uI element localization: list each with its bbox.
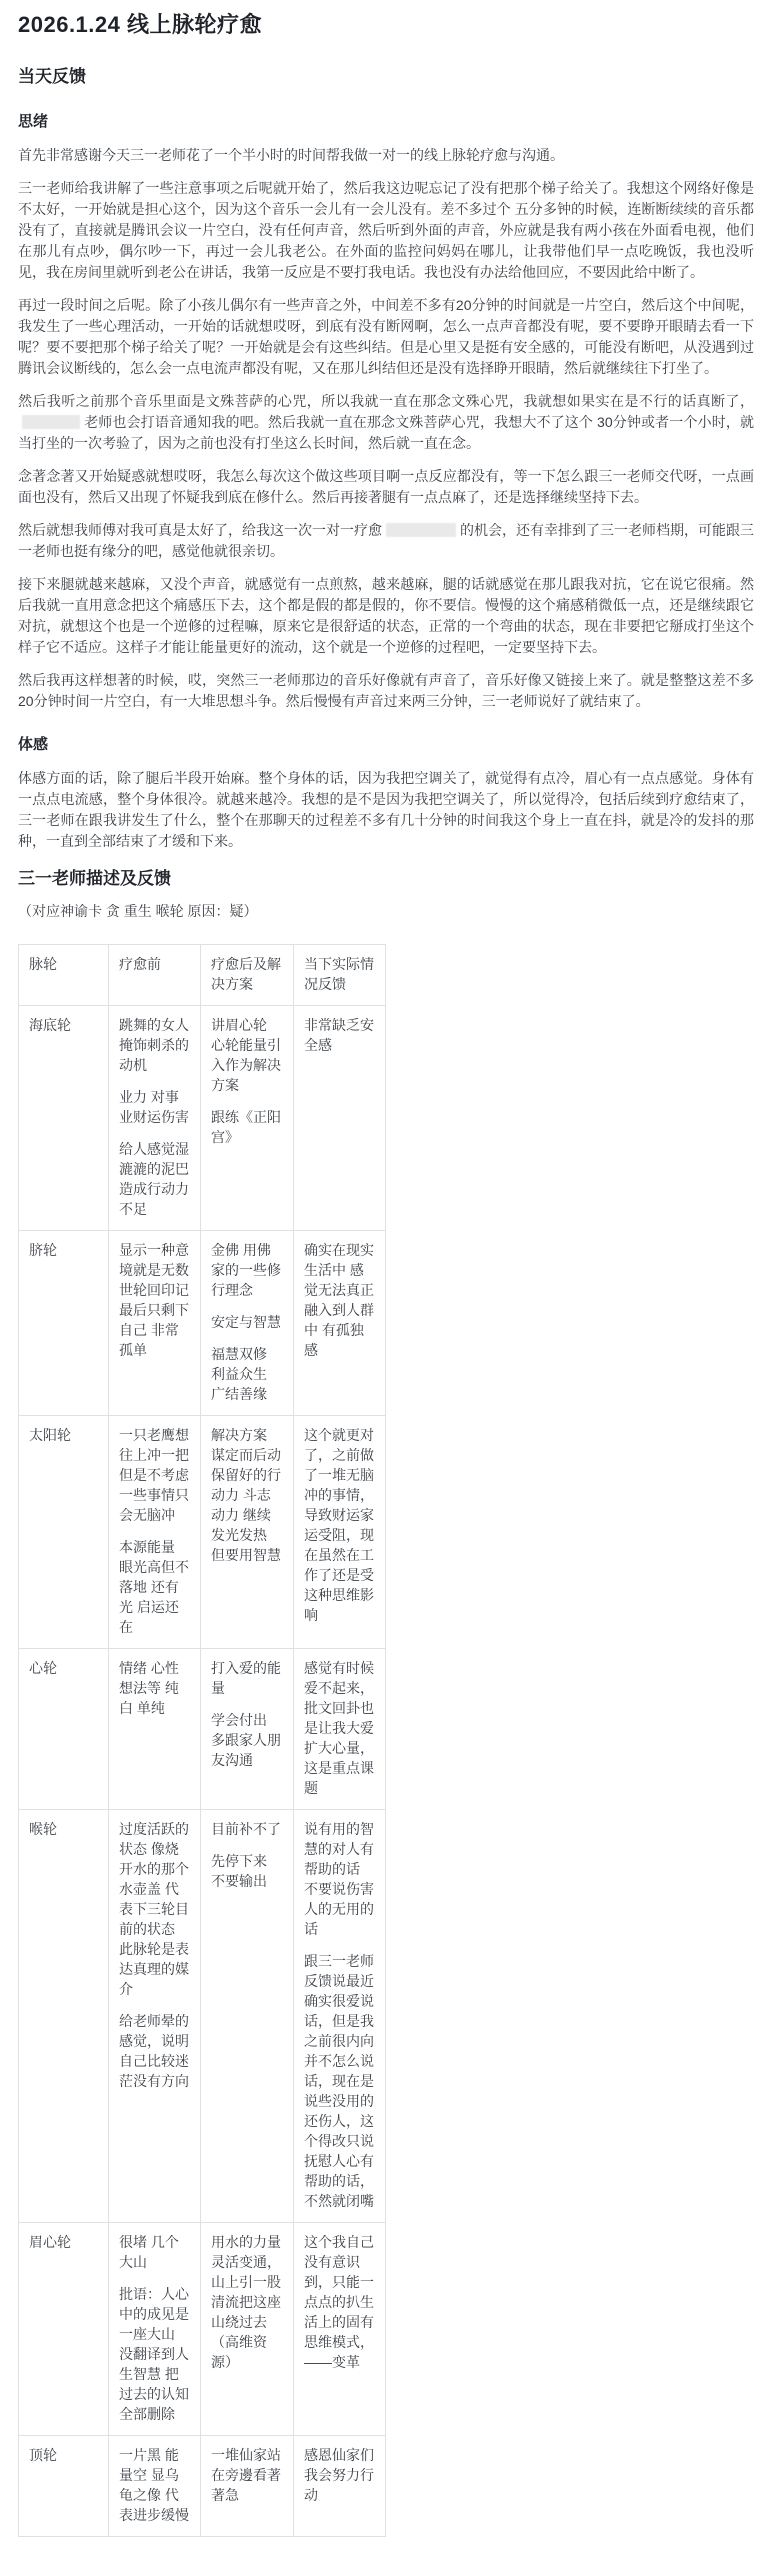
cell-paragraph: 顶轮	[29, 2445, 98, 2465]
page-title: 2026.1.24 线上脉轮疗愈	[18, 10, 754, 40]
cell-paragraph: 安定与智慧	[211, 1312, 283, 1332]
after-healing-cell: 解决方案 谋定而后动 保留好的行动力 斗志 动力 继续发光发热 但要用智慧	[201, 1416, 294, 1649]
chakra-table-body: 脉轮疗愈前疗愈后及解决方案当下实际情况反馈海底轮跳舞的女人 掩饰刺杀的动机业力 …	[19, 945, 386, 2537]
before-healing-cell: 情绪 心性想法等 纯白 单纯	[109, 1649, 201, 1810]
chakra-name-cell: 脐轮	[19, 1231, 109, 1416]
table-row: 眉心轮很堵 几个大山批语：人心中的成见是一座大山 没翻译到人生智慧 把过去的认知…	[19, 2223, 386, 2436]
chakra-name-cell: 顶轮	[19, 2436, 109, 2537]
cell-paragraph: 这个我自己没有意识到，只能一点点的扒生活上的固有思维模式，——变革	[304, 2232, 375, 2372]
table-row: 喉轮过度活跃的状态 像烧开水的那个水壶盖 代表下三轮目前的状态 此脉轮是表达真理…	[19, 1810, 386, 2223]
cell-paragraph: 情绪 心性想法等 纯白 单纯	[119, 1658, 190, 1718]
thoughts-paragraph-5: 念著念著又开始疑惑就想哎呀，我怎么每次这个做这些项目啊一点反应都没有，等一下怎么…	[18, 466, 754, 508]
paragraph-text: 老师也会打语音通知我的吧。然后我就一直在那念文殊菩萨心咒，我想大不了这个 30分…	[18, 414, 754, 451]
cell-paragraph: 喉轮	[29, 1819, 98, 1839]
cell-paragraph: 感觉有时候爱不起来，批文回卦也是让我大爱扩大心量，这是重点课题	[304, 1658, 375, 1798]
current-feedback-cell: 说有用的智慧的对人有帮助的话 不要说伤害人的无用的话跟三一老师反馈说最近确实很爱…	[294, 1810, 386, 2223]
section-heading-feedback: 当天反馈	[18, 64, 754, 89]
after-healing-cell: 金佛 用佛家的一些修行理念安定与智慧福慧双修 利益众生 广结善缘	[201, 1231, 294, 1416]
after-healing-cell: 一堆仙家站在旁邊看著著急	[201, 2436, 294, 2537]
thoughts-paragraph-6: 然后就想我师傅对我可真是太好了，给我这一次一对一疗愈的机会，还有幸排到了三一老师…	[18, 520, 754, 562]
before-healing-cell: 过度活跃的状态 像烧开水的那个水壶盖 代表下三轮目前的状态 此脉轮是表达真理的媒…	[109, 1810, 201, 2223]
current-feedback-cell: 这个我自己没有意识到，只能一点点的扒生活上的固有思维模式，——变革	[294, 2223, 386, 2436]
paragraph-text: 然后我听之前那个音乐里面是文殊菩萨的心咒，所以我就一直在那念文殊心咒，我就想如果…	[18, 393, 754, 409]
cell-paragraph: 这个就更对了，之前做了一堆无脑冲的事情，导致财运家运受阻，现在虽然在工作了还是受…	[304, 1425, 375, 1625]
before-healing-cell: 一只老鹰想往上冲一把 但是不考虑一些事情只会无脑冲本源能量 眼光高但不落地 还有…	[109, 1416, 201, 1649]
current-feedback-cell: 感恩仙家们我会努力行动	[294, 2436, 386, 2537]
column-header: 当下实际情况反馈	[294, 945, 386, 1006]
cell-paragraph: 金佛 用佛家的一些修行理念	[211, 1240, 283, 1300]
cell-paragraph: 脐轮	[29, 1240, 98, 1260]
thoughts-paragraph-8: 然后我再这样想著的时候，哎，突然三一老师那边的音乐好像就有声音了，音乐好像又链接…	[18, 670, 754, 712]
section-heading-body-sense: 体感	[18, 734, 754, 756]
cell-paragraph: 用水的力量灵活变通，山上引一股清流把这座山绕过去（高维资源）	[211, 2232, 283, 2372]
cell-paragraph: 本源能量 眼光高但不落地 还有光 启运还在	[119, 1537, 190, 1637]
cell-paragraph: 跳舞的女人 掩饰刺杀的动机	[119, 1015, 190, 1075]
paragraph-text: 然后就想我师傅对我可真是太好了，给我这一次一对一疗愈	[18, 522, 382, 538]
cell-paragraph: 业力 对事业财运伤害	[119, 1087, 190, 1127]
chakra-name-cell: 眉心轮	[19, 2223, 109, 2436]
cell-paragraph: 讲眉心轮 心轮能量引入作为解决方案	[211, 1015, 283, 1095]
cell-paragraph: 太阳轮	[29, 1425, 98, 1445]
before-healing-cell: 跳舞的女人 掩饰刺杀的动机业力 对事业财运伤害给人感觉湿漉漉的泥巴造成行动力不足	[109, 1006, 201, 1231]
cell-paragraph: 非常缺乏安全感	[304, 1015, 375, 1055]
thoughts-paragraph-7: 接下来腿就越来越麻，又没个声音，就感觉有一点煎熬，越来越麻，腿的话就感觉在那儿跟…	[18, 574, 754, 658]
cell-paragraph: 一堆仙家站在旁邊看著著急	[211, 2445, 283, 2505]
before-healing-cell: 一片黑 能量空 显乌龟之像 代表进步缓慢	[109, 2436, 201, 2537]
cell-paragraph: 跟三一老师反馈说最近确实很爱说话，但是我之前很内向并不怎么说话，现在是说些没用的…	[304, 1951, 375, 2211]
cell-paragraph: 跟练《正阳宫》	[211, 1107, 283, 1147]
table-header-row: 脉轮疗愈前疗愈后及解决方案当下实际情况反馈	[19, 945, 386, 1006]
redacted-text	[386, 523, 456, 537]
before-healing-cell: 显示一种意境就是无数世轮回印记 最后只剩下自己 非常孤单	[109, 1231, 201, 1416]
chakra-name-cell: 喉轮	[19, 1810, 109, 2223]
current-feedback-cell: 非常缺乏安全感	[294, 1006, 386, 1231]
thoughts-paragraph-3: 再过一段时间之后呢。除了小孩儿偶尔有一些声音之外，中间差不多有20分钟的时间就是…	[18, 295, 754, 379]
cell-paragraph: 心轮	[29, 1658, 98, 1678]
cell-paragraph: 先停下来 不要输出	[211, 1851, 283, 1891]
cell-paragraph: 显示一种意境就是无数世轮回印记 最后只剩下自己 非常孤单	[119, 1240, 190, 1360]
cell-paragraph: 学会付出 多跟家人朋友沟通	[211, 1710, 283, 1770]
table-row: 脐轮显示一种意境就是无数世轮回印记 最后只剩下自己 非常孤单金佛 用佛家的一些修…	[19, 1231, 386, 1416]
body-sense-paragraph: 体感方面的话，除了腿后半段开始麻。整个身体的话，因为我把空调关了，就觉得有点冷，…	[18, 768, 754, 852]
cell-paragraph: 批语：人心中的成见是一座大山 没翻译到人生智慧 把过去的认知全部删除	[119, 2284, 190, 2424]
oracle-card-note: （对应神谕卡 贪 重生 喉轮 原因：疑）	[18, 901, 754, 922]
cell-paragraph: 感恩仙家们我会努力行动	[304, 2445, 375, 2505]
cell-paragraph: 海底轮	[29, 1015, 98, 1035]
thoughts-paragraph-4: 然后我听之前那个音乐里面是文殊菩萨的心咒，所以我就一直在那念文殊心咒，我就想如果…	[18, 391, 754, 454]
chakra-table: 脉轮疗愈前疗愈后及解决方案当下实际情况反馈海底轮跳舞的女人 掩饰刺杀的动机业力 …	[18, 944, 386, 2537]
cell-paragraph: 一片黑 能量空 显乌龟之像 代表进步缓慢	[119, 2445, 190, 2525]
cell-paragraph: 解决方案 谋定而后动 保留好的行动力 斗志 动力 继续发光发热 但要用智慧	[211, 1425, 283, 1565]
section-heading-teacher-feedback: 三一老师描述及反馈	[18, 866, 754, 891]
section-heading-thoughts: 思绪	[18, 111, 754, 133]
table-row: 顶轮一片黑 能量空 显乌龟之像 代表进步缓慢一堆仙家站在旁邊看著著急感恩仙家们我…	[19, 2436, 386, 2537]
current-feedback-cell: 确实在现实生活中 感觉无法真正融入到人群中 有孤独感	[294, 1231, 386, 1416]
chakra-name-cell: 心轮	[19, 1649, 109, 1810]
cell-paragraph: 说有用的智慧的对人有帮助的话 不要说伤害人的无用的话	[304, 1819, 375, 1939]
current-feedback-cell: 这个就更对了，之前做了一堆无脑冲的事情，导致财运家运受阻，现在虽然在工作了还是受…	[294, 1416, 386, 1649]
table-row: 心轮情绪 心性想法等 纯白 单纯打入爱的能量学会付出 多跟家人朋友沟通感觉有时候…	[19, 1649, 386, 1810]
thoughts-paragraph-1: 首先非常感谢今天三一老师花了一个半小时的时间帮我做一对一的线上脉轮疗愈与沟通。	[18, 145, 754, 166]
column-header: 疗愈后及解决方案	[201, 945, 294, 1006]
cell-paragraph: 确实在现实生活中 感觉无法真正融入到人群中 有孤独感	[304, 1240, 375, 1360]
cell-paragraph: 目前补不了	[211, 1819, 283, 1839]
cell-paragraph: 很堵 几个大山	[119, 2232, 190, 2272]
cell-paragraph: 打入爱的能量	[211, 1658, 283, 1698]
table-row: 太阳轮一只老鹰想往上冲一把 但是不考虑一些事情只会无脑冲本源能量 眼光高但不落地…	[19, 1416, 386, 1649]
cell-paragraph: 给人感觉湿漉漉的泥巴造成行动力不足	[119, 1139, 190, 1219]
cell-paragraph: 眉心轮	[29, 2232, 98, 2252]
cell-paragraph: 福慧双修 利益众生 广结善缘	[211, 1344, 283, 1404]
redacted-text	[22, 415, 80, 429]
before-healing-cell: 很堵 几个大山批语：人心中的成见是一座大山 没翻译到人生智慧 把过去的认知全部删…	[109, 2223, 201, 2436]
chakra-name-cell: 海底轮	[19, 1006, 109, 1231]
cell-paragraph: 一只老鹰想往上冲一把 但是不考虑一些事情只会无脑冲	[119, 1425, 190, 1525]
after-healing-cell: 用水的力量灵活变通，山上引一股清流把这座山绕过去（高维资源）	[201, 2223, 294, 2436]
document-page: 2026.1.24 线上脉轮疗愈 当天反馈 思绪 首先非常感谢今天三一老师花了一…	[0, 0, 780, 2537]
cell-paragraph: 过度活跃的状态 像烧开水的那个水壶盖 代表下三轮目前的状态 此脉轮是表达真理的媒…	[119, 1819, 190, 1999]
column-header: 疗愈前	[109, 945, 201, 1006]
current-feedback-cell: 感觉有时候爱不起来，批文回卦也是让我大爱扩大心量，这是重点课题	[294, 1649, 386, 1810]
thoughts-paragraph-2: 三一老师给我讲解了一些注意事项之后呢就开始了，然后我这边呢忘记了没有把那个梯子给…	[18, 178, 754, 283]
cell-paragraph: 给老师晕的感觉，说明自己比较迷茫没有方向	[119, 2011, 190, 2091]
column-header: 脉轮	[19, 945, 109, 1006]
after-healing-cell: 讲眉心轮 心轮能量引入作为解决方案跟练《正阳宫》	[201, 1006, 294, 1231]
after-healing-cell: 目前补不了先停下来 不要输出	[201, 1810, 294, 2223]
after-healing-cell: 打入爱的能量学会付出 多跟家人朋友沟通	[201, 1649, 294, 1810]
table-row: 海底轮跳舞的女人 掩饰刺杀的动机业力 对事业财运伤害给人感觉湿漉漉的泥巴造成行动…	[19, 1006, 386, 1231]
chakra-name-cell: 太阳轮	[19, 1416, 109, 1649]
